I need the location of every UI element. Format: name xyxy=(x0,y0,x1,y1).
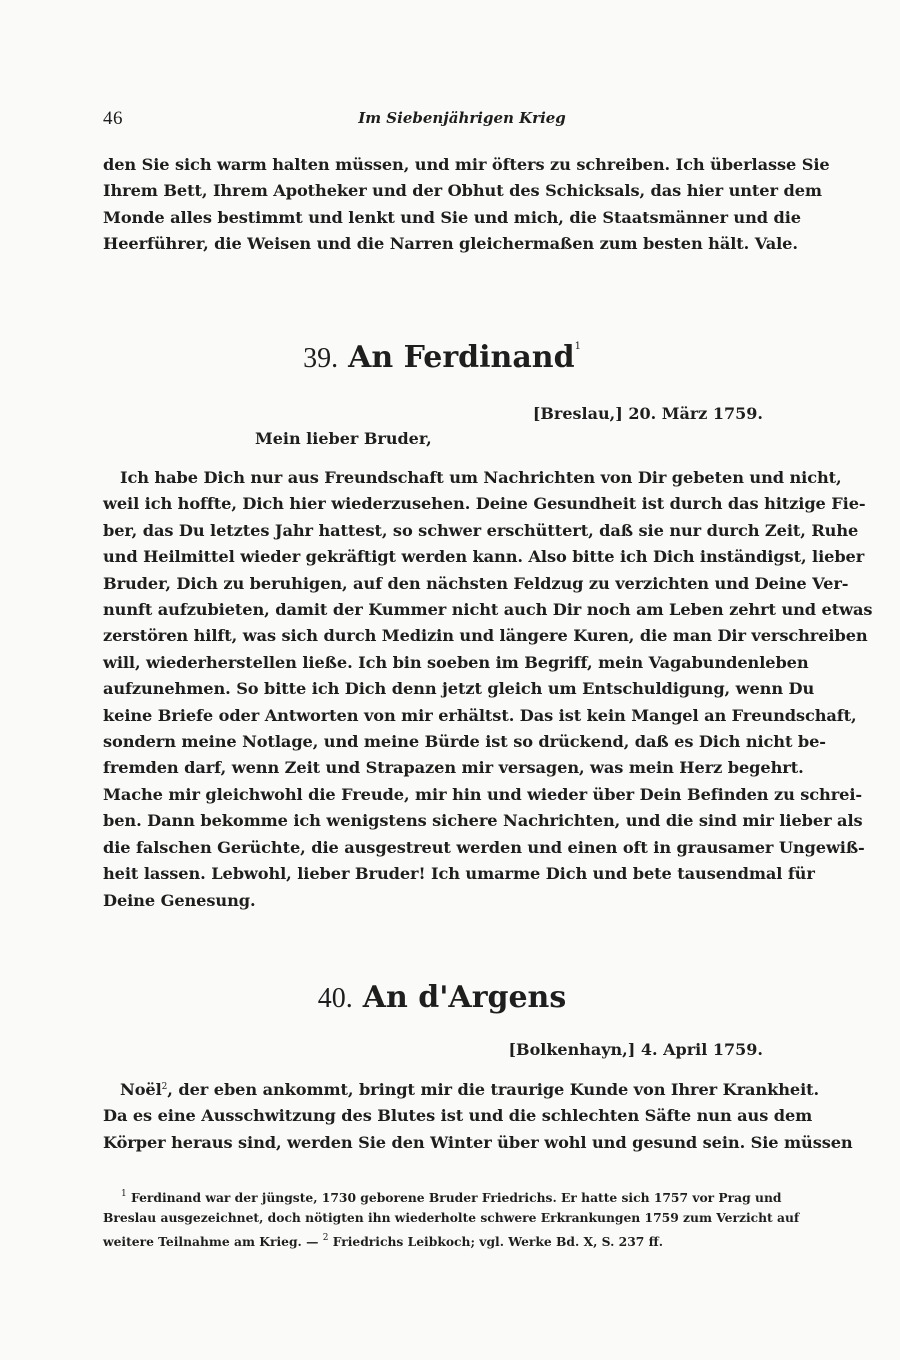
text-line: Ihrem Bett, Ihrem Apotheker und der Obhu… xyxy=(103,178,781,204)
book-page: 46 Im Siebenjährigen Krieg den Sie sich … xyxy=(0,0,900,1360)
text-line: Bruder, Dich zu beruhigen, auf den nächs… xyxy=(103,571,781,597)
text-line: ber, das Du letztes Jahr hattest, so sch… xyxy=(103,518,781,544)
text-line: und Heilmittel wieder gekräftigt werden … xyxy=(103,544,781,570)
letter-heading-39: 39.An Ferdinand1 xyxy=(103,340,781,375)
letter-title: An d'Argens xyxy=(363,980,567,1015)
letter-body-39: Ich habe Dich nur aus Freundschaft um Na… xyxy=(103,465,781,914)
footnote-text: Ferdinand war der jüngste, 1730 geborene… xyxy=(131,1190,781,1205)
letter-heading-40: 40.An d'Argens xyxy=(103,980,781,1015)
salutation: Mein lieber Bruder, xyxy=(255,429,432,448)
first-word: Noël xyxy=(120,1080,162,1099)
continuation-paragraph: den Sie sich warm halten müssen, und mir… xyxy=(103,152,781,258)
text-line: Deine Genesung. xyxy=(103,888,781,914)
text-line: Da es eine Ausschwitzung des Blutes ist … xyxy=(103,1103,781,1129)
text-line: weil ich hoffte, Dich hier wiederzusehen… xyxy=(103,491,781,517)
footnote-text: weitere Teilnahme am Krieg. — xyxy=(103,1234,318,1249)
text-line: aufzunehmen. So bitte ich Dich denn jetz… xyxy=(103,676,781,702)
text-line: Monde alles bestimmt und lenkt und Sie u… xyxy=(103,205,781,231)
text-line: Noël2, der eben ankommt, bringt mir die … xyxy=(103,1074,781,1103)
text-line: keine Briefe oder Antworten von mir erhä… xyxy=(103,703,781,729)
footnote-line: 1 Ferdinand war der jüngste, 1730 gebore… xyxy=(103,1184,781,1208)
footnote-line: Breslau ausgezeichnet, doch nötigten ihn… xyxy=(103,1208,781,1228)
text-line: fremden darf, wenn Zeit und Strapazen mi… xyxy=(103,755,781,781)
text-line: nunft aufzubieten, damit der Kummer nich… xyxy=(103,597,781,623)
footnotes: 1 Ferdinand war der jüngste, 1730 gebore… xyxy=(103,1184,781,1253)
footnote-ref: 1 xyxy=(575,341,581,352)
letter-body-40: Noël2, der eben ankommt, bringt mir die … xyxy=(103,1074,781,1156)
footnote-line: weitere Teilnahme am Krieg. — 2 Friedric… xyxy=(103,1228,781,1252)
footnote-text: Friedrichs Leibkoch; vgl. Werke Bd. X, S… xyxy=(333,1234,663,1249)
text-line: heit lassen. Lebwohl, lieber Bruder! Ich… xyxy=(103,861,781,887)
text-line: sondern meine Notlage, und meine Bürde i… xyxy=(103,729,781,755)
text-line: Heerführer, die Weisen und die Narren gl… xyxy=(103,231,781,257)
text-line: ben. Dann bekomme ich wenigstens sichere… xyxy=(103,808,781,834)
running-head: 46 Im Siebenjährigen Krieg xyxy=(103,108,781,132)
letter-number: 39. xyxy=(303,343,338,374)
footnote-marker: 1 xyxy=(121,1189,127,1199)
text-line: Ich habe Dich nur aus Freundschaft um Na… xyxy=(103,465,781,491)
dateline: [Breslau,] 20. März 1759. xyxy=(533,404,763,423)
first-line-rest: , der eben ankommt, bringt mir die traur… xyxy=(167,1080,819,1099)
text-line: Mache mir gleichwohl die Freude, mir hin… xyxy=(103,782,781,808)
text-line: Körper heraus sind, werden Sie den Winte… xyxy=(103,1130,781,1156)
footnote-marker: 2 xyxy=(323,1233,329,1243)
text-line: den Sie sich warm halten müssen, und mir… xyxy=(103,152,781,178)
text-line: will, wiederherstellen ließe. Ich bin so… xyxy=(103,650,781,676)
text-line: die falschen Gerüchte, die ausgestreut w… xyxy=(103,835,781,861)
letter-number: 40. xyxy=(318,983,353,1014)
dateline: [Bolkenhayn,] 4. April 1759. xyxy=(508,1040,763,1059)
text-line: zerstören hilft, was sich durch Medizin … xyxy=(103,623,781,649)
letter-title: An Ferdinand xyxy=(348,340,575,375)
running-title: Im Siebenjährigen Krieg xyxy=(103,109,781,127)
